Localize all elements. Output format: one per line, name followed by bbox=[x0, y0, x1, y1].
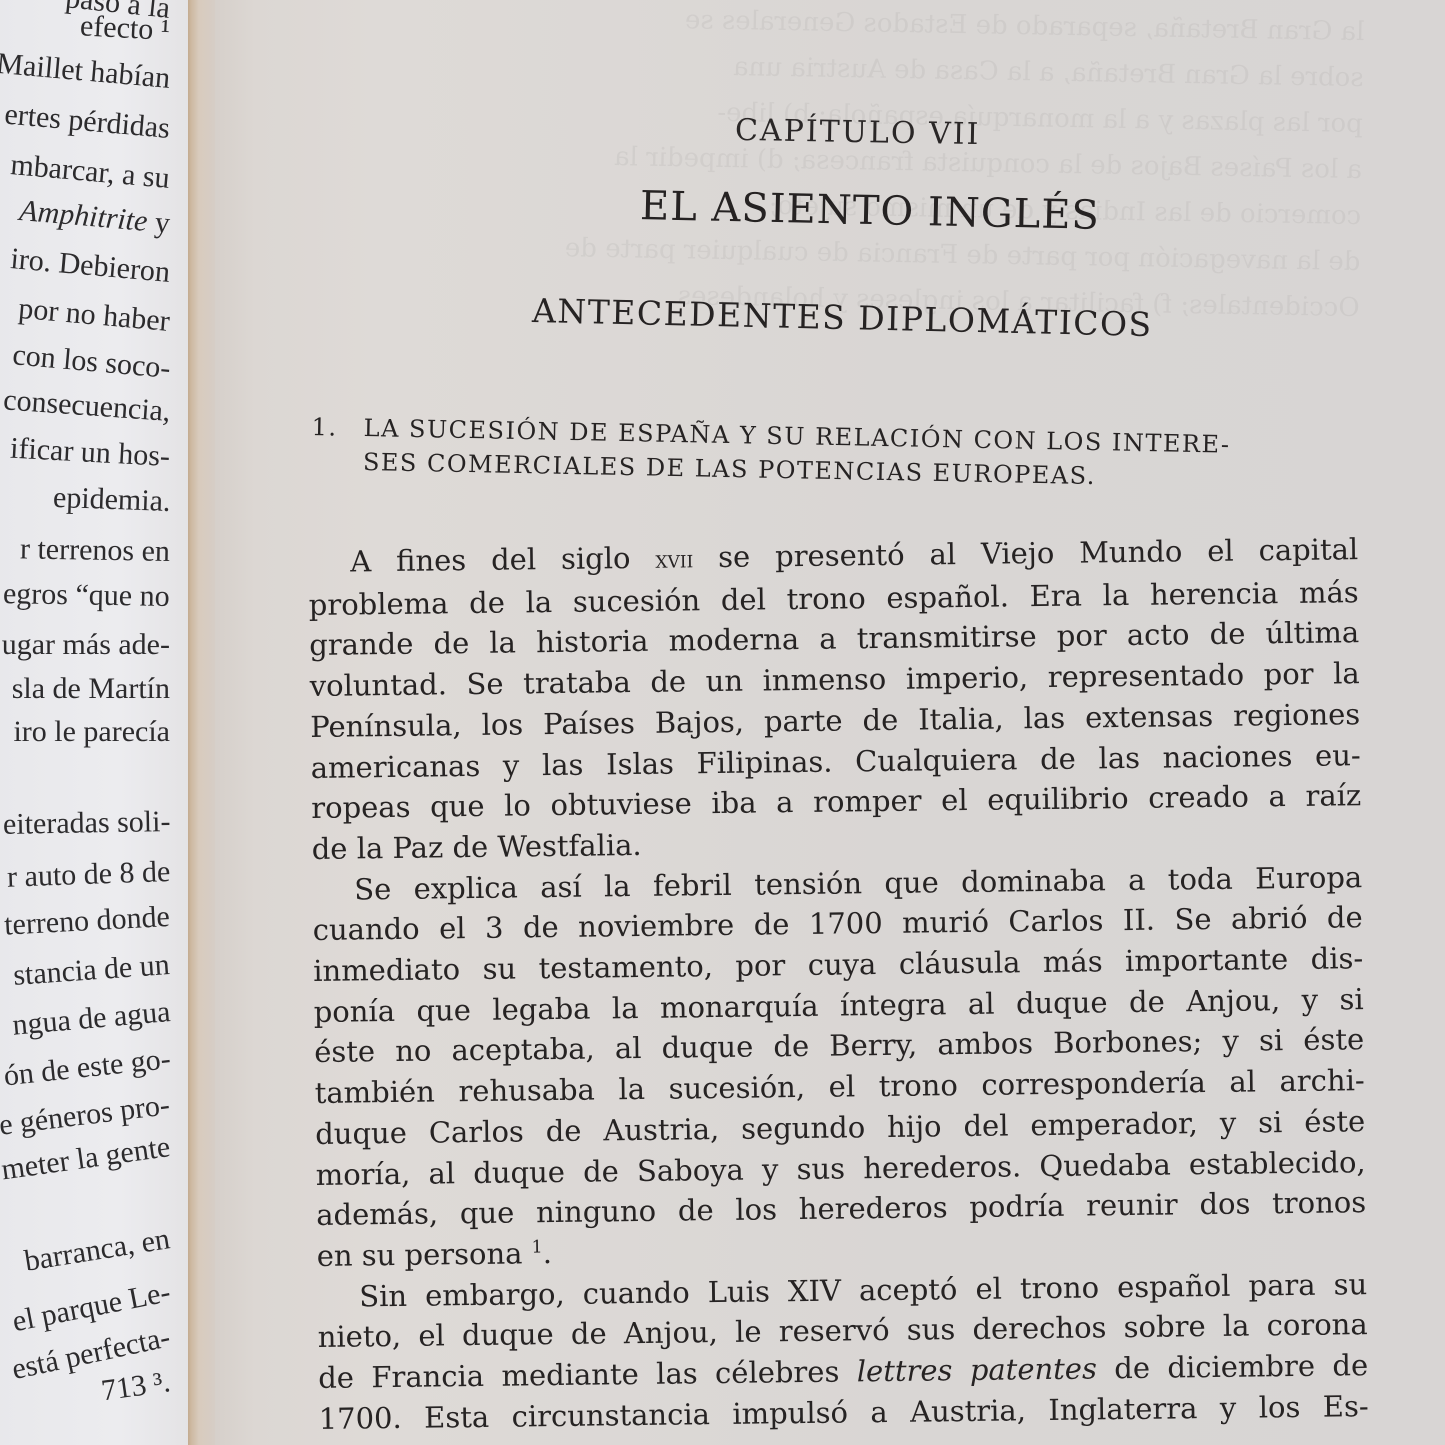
left-page-line: barranca, en bbox=[23, 1222, 173, 1279]
left-page-line: ón de este go- bbox=[2, 1042, 172, 1093]
left-page-line: iro. Debieron bbox=[9, 242, 171, 290]
left-page-line: egros “que no bbox=[3, 577, 170, 614]
left-page-line: ngua de agua bbox=[11, 995, 172, 1043]
left-page: paso a laefecto ¹Maillet habíanertes pér… bbox=[0, 0, 188, 1445]
left-page-line: eiteradas soli- bbox=[2, 805, 170, 842]
left-page-line: con los soco- bbox=[11, 338, 172, 386]
paragraph: A fines del siglo xvii se presentó al Vi… bbox=[308, 529, 1362, 869]
left-page-line: por no haber bbox=[17, 292, 171, 339]
left-page-line: mbarcar, a su bbox=[10, 148, 172, 196]
body-text: A fines del siglo xvii se presentó al Vi… bbox=[308, 529, 1369, 1439]
left-page-line: iro le parecía bbox=[13, 715, 170, 749]
left-page-line: consecuencia, bbox=[2, 383, 171, 429]
left-page-line: 713 ³. bbox=[99, 1365, 172, 1408]
left-page-line: epidemia. bbox=[52, 481, 171, 519]
paragraph: Se explica así la febril tensión que dom… bbox=[312, 857, 1367, 1277]
section-number: 1. bbox=[311, 410, 364, 445]
left-page-line: efecto ¹ bbox=[79, 9, 170, 48]
paragraph: Sin embargo, cuando Luis XIV aceptó el t… bbox=[317, 1264, 1369, 1440]
left-page-line: r terrenos en bbox=[20, 532, 171, 569]
left-page-line: ificar un hos- bbox=[9, 432, 171, 474]
left-page-line: ertes pérdidas bbox=[3, 98, 171, 146]
left-page-line: stancia de un bbox=[13, 948, 172, 993]
left-page-line: terreno donde bbox=[4, 900, 171, 943]
book-gutter bbox=[185, 0, 215, 1445]
chapter-title: EL ASIENTO INGLÉS bbox=[640, 183, 1101, 239]
left-page-line: r auto de 8 de bbox=[6, 855, 170, 895]
left-page-line: Amphitrite y bbox=[18, 194, 171, 241]
chapter-number: CAPÍTULO VII bbox=[735, 113, 981, 152]
left-page-line: ugar más ade- bbox=[2, 628, 170, 662]
left-page-line: sla de Martín bbox=[12, 672, 170, 706]
left-page-line: Maillet habían bbox=[0, 47, 171, 96]
